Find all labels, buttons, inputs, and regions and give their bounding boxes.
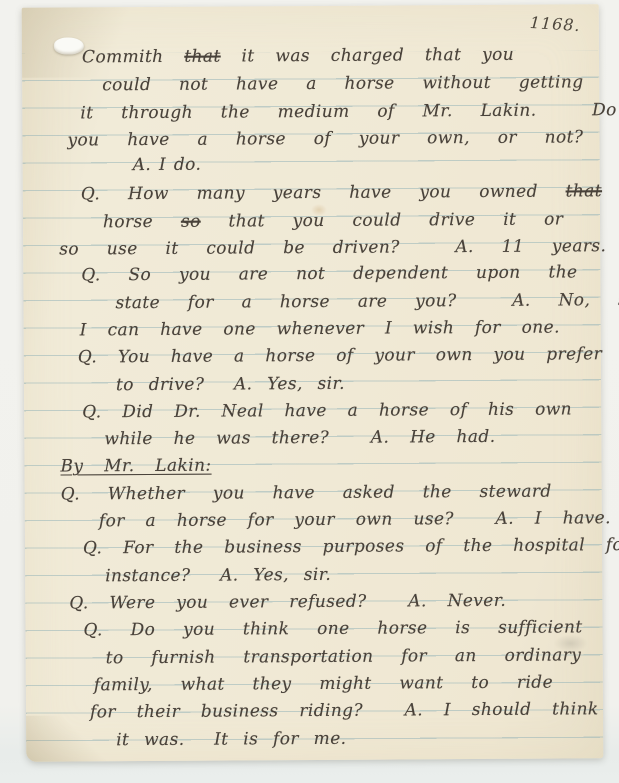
handwritten-line: state for a horse are you? A. No, sir; (115, 288, 619, 317)
handwritten-line: to drive? A. Yes, sir. (116, 372, 345, 399)
examiner-heading: By Mr. Lakin: (60, 454, 211, 481)
handwritten-line: Q. How many years have you owned that (81, 179, 602, 208)
handwritten-line: to furnish transportation for an ordinar… (106, 643, 582, 672)
handwritten-line: Q. You have a horse of your own you pref… (78, 342, 603, 371)
handwritten-line: horse so that you could drive it or (103, 207, 563, 236)
handwritten-line: family, what they might want to ride (94, 671, 553, 700)
page-number: 1168. (529, 13, 581, 35)
handwritten-line: it was. It is for me. (116, 727, 346, 754)
struck-word: that (566, 181, 602, 201)
handwritten-line: could not have a horse without getting (102, 70, 583, 99)
line-text: horse (103, 212, 181, 232)
handwritten-line: instance? A. Yes, sir. (105, 563, 331, 590)
line-text: that you could drive it or (201, 209, 564, 231)
handwritten-line: you have a horse of your own, or not? (67, 125, 583, 154)
handwritten-line: while he was there? A. He had. (104, 425, 495, 453)
line-text: Q. How many years have you owned (81, 181, 566, 204)
punch-hole (54, 37, 84, 54)
handwritten-line: Q. Whether you have asked the steward (61, 480, 552, 509)
handwritten-line: A. I do. (133, 153, 202, 179)
handwritten-line: Q. Were you ever refused? A. Never. (69, 589, 506, 618)
handwritten-line: Commith that it was charged that you (82, 43, 514, 72)
document-page: 1168. Commith that it was charged that y… (22, 4, 604, 762)
handwritten-line: for their business riding? A. I should t… (90, 697, 599, 726)
struck-word: so (181, 212, 201, 232)
handwritten-line: Q. So you are not dependent upon the (81, 260, 577, 289)
handwritten-line: for a horse for your own use? A. I have. (99, 506, 611, 535)
line-text: Commith (82, 47, 184, 68)
handwritten-line: it through the medium of Mr. Lakin. Do (80, 98, 617, 127)
line-text: it was charged that you (221, 45, 515, 67)
handwritten-line: Q. For the business purposes of the hosp… (83, 533, 619, 562)
handwritten-line: Q. Did Dr. Neal have a horse of his own (82, 397, 572, 426)
struck-word: that (184, 47, 220, 67)
handwritten-line: Q. Do you think one horse is sufficient (83, 615, 582, 644)
handwritten-line: I can have one whenever I wish for one. (80, 315, 560, 344)
handwritten-line: so use it could be driven? A. 11 years. (59, 234, 606, 263)
